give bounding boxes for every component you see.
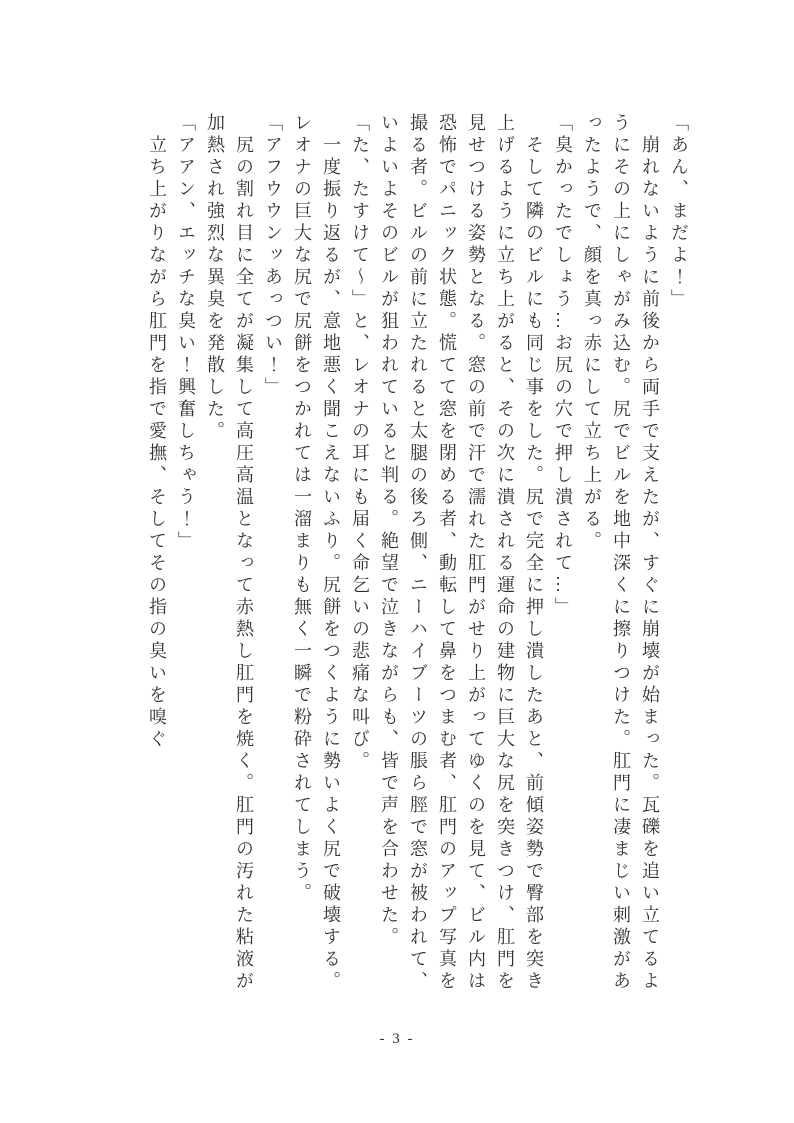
- narrative-paragraph: 尻の割れ目に全てが凝集して高圧高温となって赤熱し肛門を焼く。肛門の汚れた粘液が加…: [200, 113, 258, 995]
- dialogue-line: 「臭かったでしょう…お尻の穴で押し潰されて…」: [548, 113, 577, 995]
- dialogue-line: 「あん、まだよ！」: [664, 113, 693, 995]
- narrative-paragraph: 崩れないように前後から両手で支えたが、すぐに崩壊が始まった。瓦礫を追い立てるよう…: [577, 113, 664, 995]
- narrative-paragraph: そして隣のビルにも同じ事をした。尻で完全に押し潰したあと、前傾姿勢で臀部を突き上…: [374, 113, 548, 995]
- document-page: 「あん、まだよ！」崩れないように前後から両手で支えたが、すぐに崩壊が始まった。瓦…: [0, 0, 794, 1123]
- narrative-paragraph: 一度振り返るが、意地悪く聞こえないふり。尻餅をつくように勢いよく尻で破壊する。レ…: [287, 113, 345, 995]
- narrative-paragraph: 立ち上がりながら肛門を指で愛撫、そしてその指の臭いを嗅ぐ: [142, 113, 171, 995]
- dialogue-line: 「アフウウンッあっつい！」: [258, 113, 287, 995]
- body-text-vertical: 「あん、まだよ！」崩れないように前後から両手で支えたが、すぐに崩壊が始まった。瓦…: [142, 113, 693, 995]
- dialogue-line: 「アアン、エッチな臭い！興奮しちゃう！」: [171, 113, 200, 995]
- page-number: - 3 -: [0, 1031, 794, 1048]
- dialogue-line: 「た、たすけて～」と、レオナの耳にも届く命乞いの悲痛な叫び。: [345, 113, 374, 995]
